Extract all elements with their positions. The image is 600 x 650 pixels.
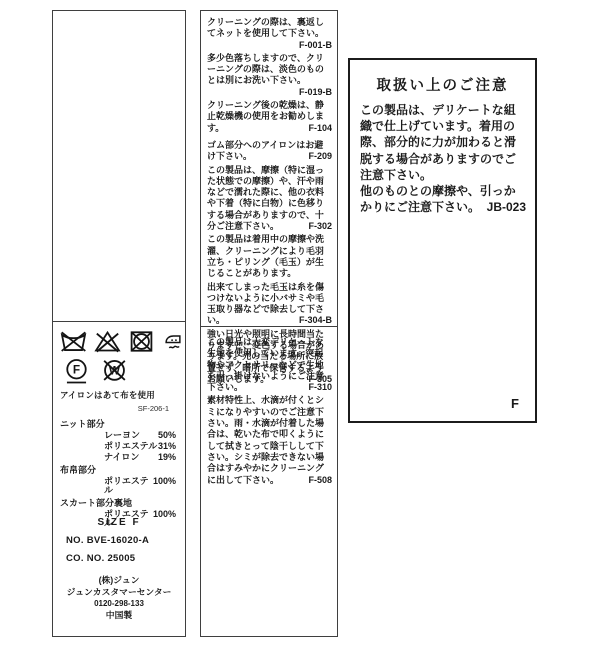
note-text: この製品は大変デリケートな生地を使用しています。突起物やアクセサリーなどで生地を… bbox=[207, 337, 324, 392]
note-text: クリーニング後の乾燥は、静止乾燥機の使用をお勧めします。 bbox=[207, 100, 324, 133]
country-of-origin: 中国製 bbox=[53, 610, 185, 622]
customer-center: ジュンカスタマーセンター bbox=[53, 587, 185, 599]
iron-use-cloth-icon bbox=[162, 331, 184, 353]
company-name: (株)ジュン bbox=[53, 575, 185, 587]
note-code: F-302 bbox=[308, 221, 332, 232]
size-and-maker-block: SIZE F NO. BVE-16020-A CO. NO. 25005 (株)… bbox=[53, 517, 185, 621]
dry-clean-f-mild-icon: F bbox=[63, 358, 90, 385]
care-note: この製品は着用中の摩擦や洗濯、クリーニングにより毛羽立ち・ピリング（毛玉）が生じ… bbox=[207, 234, 332, 279]
left-panel-divider bbox=[53, 321, 185, 322]
material-percent: 19% bbox=[158, 453, 176, 463]
note-code: F-019-B bbox=[299, 87, 332, 98]
note-code: F-508 bbox=[308, 475, 332, 486]
caution-code: JB-023 bbox=[487, 199, 526, 215]
handling-caution-body: この製品は、デリケートな組織で仕上げています。着用の際、部分的に力が加わると滑脱… bbox=[350, 95, 535, 215]
do-not-tumble-dry-icon bbox=[128, 330, 155, 353]
care-note: この製品は、摩擦（特に湿った状態での摩擦）や、汗や雨などで濡れた際に、他の衣料や… bbox=[207, 165, 332, 233]
svg-text:F: F bbox=[73, 363, 80, 377]
garment-care-label: { "colors": { "text": "#1a1a1a", "border… bbox=[0, 0, 600, 650]
size-mark: F bbox=[511, 396, 519, 411]
material-percent: 31% bbox=[158, 442, 176, 452]
material-percent: 50% bbox=[158, 431, 176, 441]
care-note: 素材特性上、水滴が付くとシミになりやすいのでご注意下さい。雨・水滴が付着した場合… bbox=[207, 395, 332, 485]
note-text: クリーニングの際は、裏返してネットを使用して下さい。 bbox=[207, 17, 324, 38]
label-small-code: SF-206-1 bbox=[53, 404, 185, 413]
iron-instruction-text: アイロンはあて布を使用 bbox=[53, 389, 185, 401]
do-not-wet-clean-icon: W bbox=[101, 358, 128, 385]
composition-material-row: ポリエステル 100% bbox=[104, 477, 178, 496]
note-code: F-104 bbox=[308, 123, 332, 134]
material-name: ポリエステル bbox=[104, 442, 157, 452]
care-symbols-row-2: F W bbox=[53, 353, 185, 385]
do-not-bleach-icon bbox=[94, 330, 121, 353]
left-panel-lower-section: F W アイロンはあて布を使用 SF-206-1 ニット部分 レーヨン 50% … bbox=[53, 323, 185, 529]
maker-address-block: (株)ジュン ジュンカスタマーセンター 0120-298-133 中国製 bbox=[53, 575, 185, 621]
care-symbols-row-1 bbox=[53, 323, 185, 353]
item-number: NO. BVE-16020-A bbox=[53, 535, 185, 546]
care-note: ゴム部分へのアイロンはお避け下さい。 F-209 bbox=[207, 140, 332, 163]
material-name: レーヨン bbox=[104, 431, 140, 441]
composition-material-row: ナイロン 19% bbox=[104, 453, 178, 463]
care-note: 多少色落ちしますので、クリーニングの際は、淡色のものとは別にお洗い下さい。 F-… bbox=[207, 53, 332, 98]
note-text: 素材特性上、水滴が付くとシミになりやすいのでご注意下さい。雨・水滴が付着した場合… bbox=[207, 395, 324, 484]
composition-part-name: スカート部分裏地 bbox=[60, 499, 178, 509]
composition-part-name: 布帛部分 bbox=[60, 466, 178, 476]
caution-paragraph: 他のものとの摩擦や、引っかかりにご注意下さい。 JB-023 bbox=[360, 183, 526, 215]
note-code: F-310 bbox=[308, 382, 332, 393]
handling-caution-panel: 取扱い上のご注意 この製品は、デリケートな組織で仕上げています。着用の際、部分的… bbox=[348, 58, 537, 423]
composition-part-name: ニット部分 bbox=[60, 420, 178, 430]
care-note: この製品は大変デリケートな生地を使用しています。突起物やアクセサリーなどで生地を… bbox=[207, 337, 332, 393]
note-text: この製品は、摩擦（特に湿った状態での摩擦）や、汗や雨などで濡れた際に、他の衣料や… bbox=[207, 165, 324, 231]
material-percent: 100% bbox=[153, 477, 176, 496]
handling-caution-title: 取扱い上のご注意 bbox=[350, 74, 535, 95]
care-notes-bottom: この製品は大変デリケートな生地を使用しています。突起物やアクセサリーなどで生地を… bbox=[201, 326, 337, 488]
note-text: この製品は着用中の摩擦や洗濯、クリーニングにより毛羽立ち・ピリング（毛玉）が生じ… bbox=[207, 234, 324, 278]
composition-block: ニット部分 レーヨン 50% ポリエステル 31% ナイロン 19% 布帛部分 … bbox=[53, 413, 185, 529]
care-note: クリーニング後の乾燥は、静止乾燥機の使用をお勧めします。 F-104 bbox=[207, 100, 332, 134]
composition-material-row: ポリエステル 31% bbox=[104, 442, 178, 452]
note-code: F-001-B bbox=[299, 40, 332, 51]
care-instructions-panel: クリーニングの際は、裏返してネットを使用して下さい。 F-001-B 多少色落ち… bbox=[200, 10, 338, 637]
phone-number: 0120-298-133 bbox=[53, 598, 185, 610]
note-text: 多少色落ちしますので、クリーニングの際は、淡色のものとは別にお洗い下さい。 bbox=[207, 53, 324, 86]
composition-material-row: レーヨン 50% bbox=[104, 431, 178, 441]
size-label: SIZE F bbox=[53, 517, 185, 528]
composition-care-panel: F W アイロンはあて布を使用 SF-206-1 ニット部分 レーヨン 50% … bbox=[52, 10, 186, 637]
co-number: CO. NO. 25005 bbox=[53, 553, 185, 564]
do-not-wash-icon bbox=[60, 330, 87, 353]
note-text: ゴム部分へのアイロンはお避け下さい。 bbox=[207, 140, 323, 161]
note-code: F-209 bbox=[308, 151, 332, 162]
care-note: クリーニングの際は、裏返してネットを使用して下さい。 F-001-B bbox=[207, 17, 332, 51]
material-name: ナイロン bbox=[104, 453, 139, 463]
care-note: 出来てしまった毛玉は糸を傷つけないように小バサミや毛玉取り器などで除去して下さい… bbox=[207, 282, 332, 327]
material-name: ポリエステル bbox=[104, 477, 153, 496]
